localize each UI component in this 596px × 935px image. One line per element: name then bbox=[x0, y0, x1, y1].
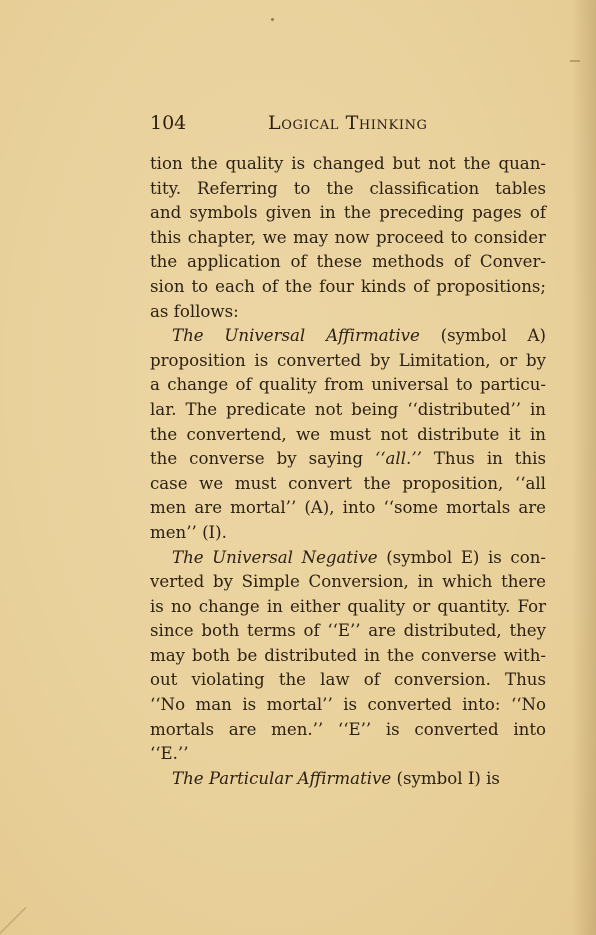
text-run: verted by Simple Conversion, in which th… bbox=[150, 572, 546, 591]
text-run: (symbol I) is bbox=[391, 769, 500, 788]
text-line: The Universal Affirmative (symbol A) bbox=[150, 324, 546, 349]
text-run: (symbol E) is con- bbox=[378, 548, 546, 567]
italic-run: The Particular Affirmative bbox=[172, 769, 391, 788]
text-line: lar. The predicate not being ‘‘distribut… bbox=[150, 398, 546, 423]
text-line: may both be distributed in the converse … bbox=[150, 644, 546, 669]
paper-speck bbox=[271, 18, 274, 21]
text-line: ‘‘No man is mortal’’ is converted into: … bbox=[150, 693, 546, 718]
text-line: case we must convert the proposition, ‘‘… bbox=[150, 472, 546, 497]
paragraph: The Universal Negative (symbol E) is con… bbox=[150, 546, 546, 767]
text-line: proposition is converted by Limitation, … bbox=[150, 349, 546, 374]
text-run: and symbols given in the preceding pages… bbox=[150, 203, 546, 222]
text-line: is no change in either quality or quanti… bbox=[150, 595, 546, 620]
text-line: men’’ (I). bbox=[150, 521, 546, 546]
text-line: a change of quality from universal to pa… bbox=[150, 373, 546, 398]
page-number: 104 bbox=[150, 112, 186, 134]
text-line: men are mortal’’ (A), into ‘‘some mortal… bbox=[150, 496, 546, 521]
page-corner-crease bbox=[0, 905, 26, 935]
text-run: since both terms of ‘‘E’’ are distribute… bbox=[150, 621, 546, 640]
text-run: men’’ (I). bbox=[150, 523, 227, 542]
text-line: this chapter, we may now proceed to cons… bbox=[150, 226, 546, 251]
text-run: sion to each of the four kinds of propos… bbox=[150, 277, 546, 296]
running-head: 104 Logical Thinking bbox=[150, 110, 546, 138]
text-line: and symbols given in the preceding pages… bbox=[150, 201, 546, 226]
italic-run: The Universal Negative bbox=[172, 548, 378, 567]
text-run: lar. The predicate not being ‘‘distribut… bbox=[150, 400, 546, 419]
text-line: tion the quality is changed but not the … bbox=[150, 152, 546, 177]
body-text: tion the quality is changed but not the … bbox=[150, 152, 546, 791]
paragraph: tion the quality is changed but not the … bbox=[150, 152, 546, 324]
text-run: tity. Referring to the classification ta… bbox=[150, 179, 546, 198]
running-head-title: Logical Thinking bbox=[268, 112, 428, 134]
italic-run: ‘‘all.’’ bbox=[375, 449, 422, 468]
text-run: mortals are men.’’ ‘‘E’’ is converted in… bbox=[150, 720, 546, 739]
text-run: Thus in this bbox=[422, 449, 546, 468]
italic-run: The Universal Affirmative bbox=[172, 326, 420, 345]
text-run: as follows: bbox=[150, 302, 239, 321]
text-line: verted by Simple Conversion, in which th… bbox=[150, 570, 546, 595]
text-run: ‘‘E.’’ bbox=[150, 744, 189, 763]
text-line: the converse by saying ‘‘all.’’ Thus in … bbox=[150, 447, 546, 472]
text-run: the converse by saying bbox=[150, 449, 375, 468]
text-line: The Universal Negative (symbol E) is con… bbox=[150, 546, 546, 571]
text-line: ‘‘E.’’ bbox=[150, 742, 546, 767]
paper-edge-mark bbox=[570, 60, 580, 62]
text-line: the convertend, we must not distribute i… bbox=[150, 423, 546, 448]
text-line: as follows: bbox=[150, 300, 546, 325]
text-line: out violating the law of conversion. Thu… bbox=[150, 668, 546, 693]
text-line: sion to each of the four kinds of propos… bbox=[150, 275, 546, 300]
text-run: proposition is converted by Limitation, … bbox=[150, 351, 546, 370]
text-run: case we must convert the proposition, ‘‘… bbox=[150, 474, 546, 493]
text-run: is no change in either quality or quanti… bbox=[150, 597, 546, 616]
text-run: ‘‘No man is mortal’’ is converted into: … bbox=[150, 695, 546, 714]
text-line: the application of these methods of Conv… bbox=[150, 250, 546, 275]
paragraph: The Particular Affirmative (symbol I) is bbox=[150, 767, 546, 792]
text-run: out violating the law of conversion. Thu… bbox=[150, 670, 546, 689]
text-line: since both terms of ‘‘E’’ are distribute… bbox=[150, 619, 546, 644]
text-run: a change of quality from universal to pa… bbox=[150, 375, 546, 394]
text-run: the application of these methods of Conv… bbox=[150, 252, 546, 271]
text-run: men are mortal’’ (A), into ‘‘some mortal… bbox=[150, 498, 546, 517]
text-line: tity. Referring to the classification ta… bbox=[150, 177, 546, 202]
paragraph: The Universal Affirmative (symbol A)prop… bbox=[150, 324, 546, 545]
text-run: (symbol A) bbox=[420, 326, 546, 345]
text-run: this chapter, we may now proceed to cons… bbox=[150, 228, 546, 247]
text-run: the convertend, we must not distribute i… bbox=[150, 425, 546, 444]
text-line: The Particular Affirmative (symbol I) is bbox=[150, 767, 546, 792]
text-run: tion the quality is changed but not the … bbox=[150, 154, 546, 173]
book-page: 104 Logical Thinking tion the quality is… bbox=[0, 0, 596, 935]
text-run: may both be distributed in the converse … bbox=[150, 646, 546, 665]
text-line: mortals are men.’’ ‘‘E’’ is converted in… bbox=[150, 718, 546, 743]
